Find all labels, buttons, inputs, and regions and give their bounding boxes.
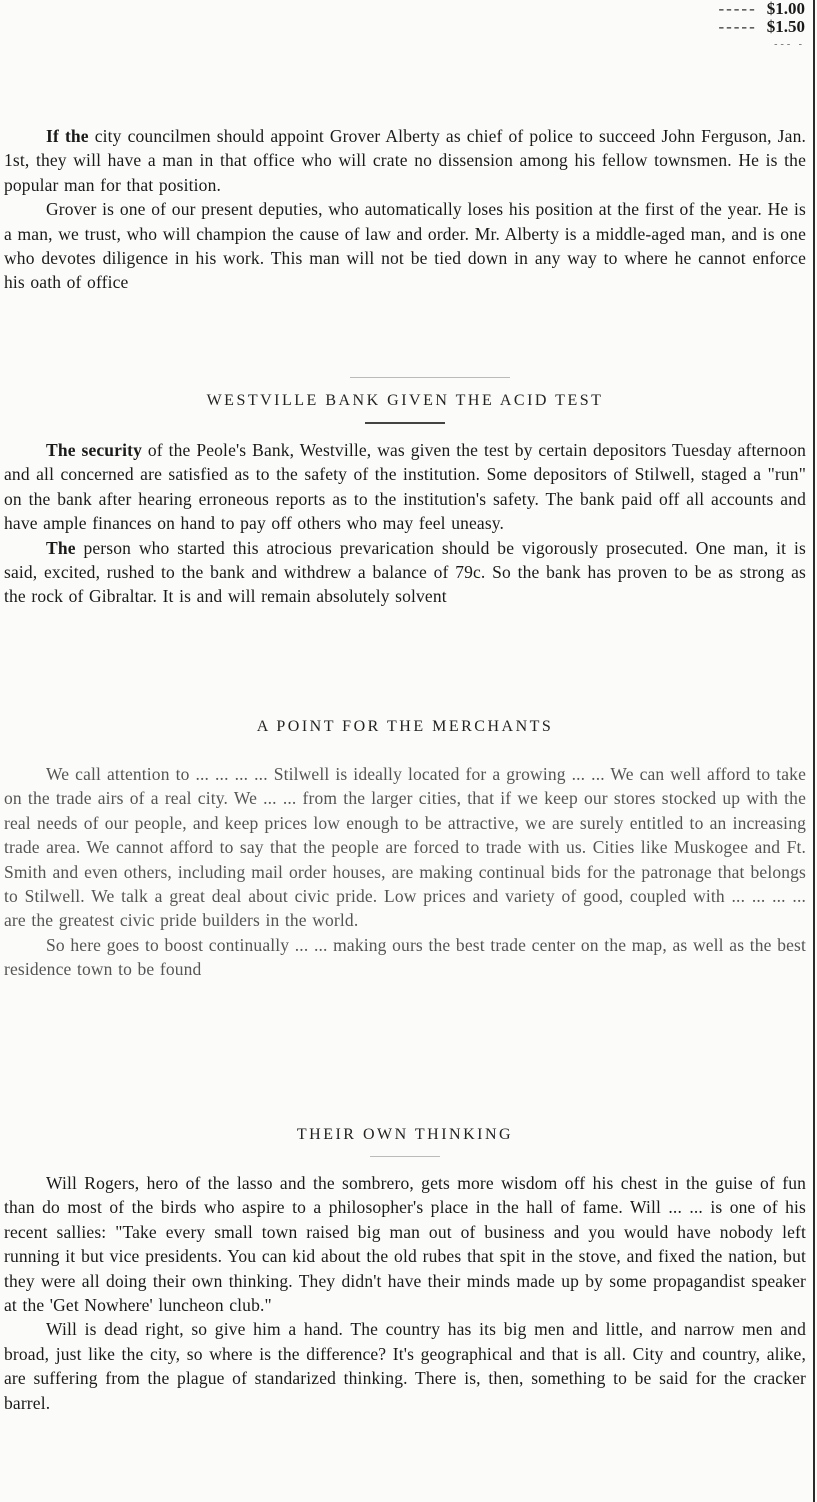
- paragraph: If the city councilmen should appoint Gr…: [4, 124, 806, 197]
- paragraph: So here goes to boost continually ... ..…: [4, 933, 806, 982]
- paragraph: The person who started this atrocious pr…: [4, 536, 806, 609]
- paragraph: We call attention to ... ... ... ... Sti…: [4, 762, 806, 933]
- price-list: -----$1.00 -----$1.50 --- -: [718, 0, 805, 54]
- paragraph-text: Will is dead right, so give him a hand. …: [4, 1319, 806, 1412]
- price-row: -----$1.00: [718, 0, 805, 18]
- paragraph-lead: If the: [46, 126, 89, 146]
- price-trailing-rule: --- -: [718, 36, 805, 54]
- headline-rule: [370, 1156, 440, 1157]
- paragraph: Grover is one of our present deputies, w…: [4, 197, 806, 295]
- paragraph: Will Rogers, hero of the lasso and the s…: [4, 1171, 806, 1317]
- article-grover-alberty: If the city councilmen should appoint Gr…: [4, 124, 806, 295]
- paragraph-text: person who started this atrocious prevar…: [4, 538, 806, 607]
- article-their-own-thinking: THEIR OWN THINKING Will Rogers, hero of …: [4, 1126, 806, 1415]
- paragraph-text: So here goes to boost continually ... ..…: [4, 935, 806, 979]
- section-divider: [350, 377, 510, 378]
- article-westville-bank: WESTVILLE BANK GIVEN THE ACID TEST The s…: [4, 392, 806, 609]
- dot-leader: -----: [718, 0, 756, 18]
- price-row: -----$1.50: [718, 18, 805, 36]
- headline: A POINT FOR THE MERCHANTS: [4, 718, 806, 736]
- column-rule: [813, 0, 815, 1502]
- paragraph-lead: The: [46, 538, 76, 558]
- dot-leader: -----: [718, 17, 756, 36]
- headline: THEIR OWN THINKING: [4, 1126, 806, 1144]
- paragraph-text: city councilmen should appoint Grover Al…: [4, 126, 806, 195]
- price-value: $1.00: [767, 0, 805, 18]
- paragraph-lead: The security: [46, 440, 142, 460]
- paragraph: Will is dead right, so give him a hand. …: [4, 1317, 806, 1415]
- headline-rule: [365, 422, 445, 424]
- headline: WESTVILLE BANK GIVEN THE ACID TEST: [4, 392, 806, 410]
- paragraph-text: Will Rogers, hero of the lasso and the s…: [4, 1173, 806, 1315]
- paragraph-text: We call attention to ... ... ... ... Sti…: [4, 764, 806, 930]
- paragraph: The security of the Peole's Bank, Westvi…: [4, 438, 806, 536]
- price-value: $1.50: [767, 17, 805, 36]
- paragraph-text: Grover is one of our present deputies, w…: [4, 199, 806, 292]
- article-point-for-merchants: A POINT FOR THE MERCHANTS We call attent…: [4, 718, 806, 982]
